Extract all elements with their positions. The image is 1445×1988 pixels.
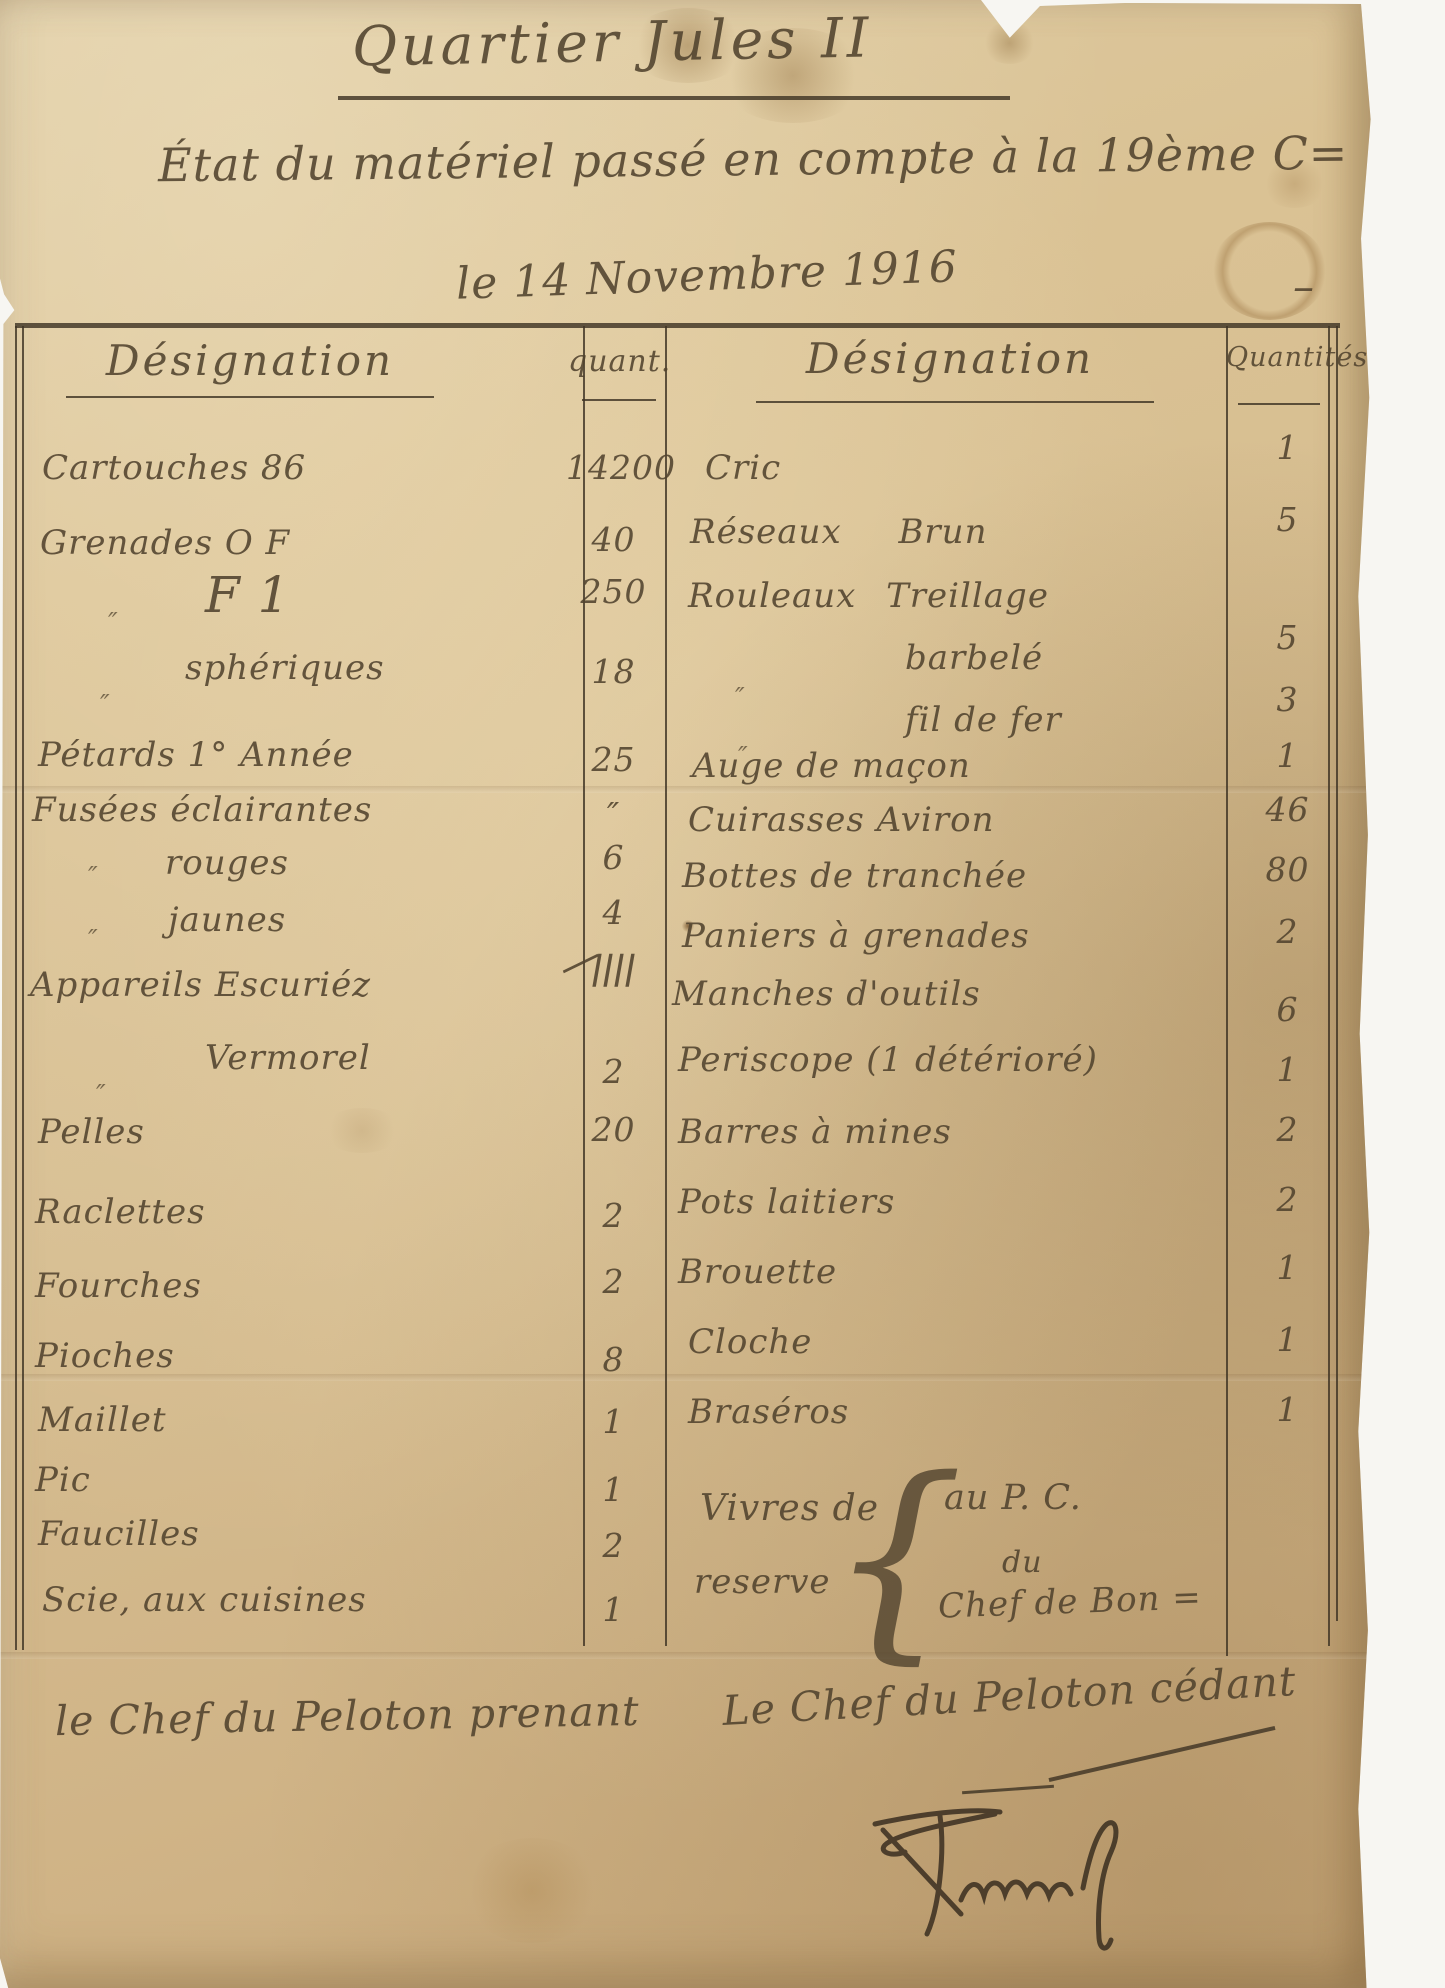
item-label: Fusées éclairantes [32, 790, 372, 830]
header-underline [582, 399, 656, 401]
item-qty: 1 [566, 1402, 661, 1441]
table-line-quant-right [665, 326, 667, 1646]
item-label: Barres à mines [678, 1112, 952, 1152]
margin-dash: – [1293, 262, 1315, 311]
item-qty: 2 [1240, 1110, 1335, 1149]
footer-left-signature-line: le Chef du Peloton prenant [55, 1687, 640, 1745]
table-line-quantites-left [1226, 326, 1228, 1656]
vivres-label-line2: reserve [694, 1562, 831, 1602]
header-underline [66, 396, 434, 398]
item-qty: 5 [1240, 500, 1335, 539]
item-label: rouges [165, 843, 289, 883]
tally-mark: |||| [563, 948, 665, 987]
item-qty: 3 [1240, 680, 1335, 719]
item-qty: 18 [566, 652, 661, 691]
table-header-quant: quant. [568, 344, 663, 379]
ditto-mark: ″ [108, 608, 119, 638]
item-qty: 1 [1240, 428, 1335, 467]
item-qty: 1 [566, 1590, 661, 1629]
item-label: Auge de maçon [692, 746, 971, 786]
ditto-mark: ″ [735, 683, 746, 713]
table-border-right-outer [1336, 326, 1338, 1621]
page-title: Quartier Jules II [351, 5, 872, 78]
item-label: Cuirasses Aviron [688, 800, 994, 840]
table-border-left-inner [22, 326, 24, 1650]
table-border-left [15, 326, 17, 1650]
item-label: Pétards 1° Année [38, 735, 354, 775]
document-subtitle: État du matériel passé en compte à la 19… [158, 126, 1349, 192]
item-label: Manches d'outils [672, 974, 981, 1014]
item-label: Periscope (1 détérioré) [678, 1040, 1098, 1080]
item-qty: 250 [566, 572, 661, 611]
item-label: Appareils Escuriéz [30, 965, 371, 1005]
item-qty: 80 [1240, 850, 1335, 889]
item-qty: 1 [1240, 1248, 1335, 1287]
item-label: Maillet [38, 1400, 167, 1440]
item-label: Scie, aux cuisines [42, 1580, 367, 1620]
paper-sheet: Quartier Jules II État du matériel passé… [0, 0, 1372, 1988]
fold-crease [0, 1374, 1372, 1381]
item-qty: 1 [1240, 1320, 1335, 1359]
item-qty: 40 [566, 520, 661, 559]
stain [322, 1108, 402, 1153]
table-border-top [15, 323, 1340, 328]
item-label: Faucilles [38, 1514, 200, 1554]
item-qty: 1 [1240, 736, 1335, 775]
item-qty: 25 [566, 740, 661, 779]
vivres-detail-pc: au P. C. [944, 1478, 1082, 1518]
item-qty: 14200 [566, 448, 661, 487]
item-label: Raclettes [35, 1192, 206, 1232]
item-label: Fourches [35, 1266, 202, 1306]
table-header-quantites: Quantités [1226, 342, 1334, 373]
item-label: Cloche [688, 1322, 812, 1362]
ditto-mark: ″ [96, 1080, 107, 1110]
item-label: Pelles [38, 1112, 145, 1152]
item-label: Bottes de tranchée [682, 856, 1027, 896]
table-header-designation-left: Désignation [60, 336, 440, 385]
item-qty: 2 [566, 1196, 661, 1235]
item-qty: 4 [566, 893, 661, 932]
vivres-detail-chef: Chef de Bon = [937, 1577, 1202, 1626]
item-label: Paniers à grenades [682, 916, 1030, 956]
item-qty: 46 [1240, 790, 1335, 829]
item-qty: 20 [566, 1110, 661, 1149]
fold-crease [0, 1652, 1372, 1659]
item-qty: 6 [1240, 990, 1335, 1029]
stain [462, 1838, 602, 1943]
vivres-brace: { [828, 1432, 966, 1683]
cedant-underline-flourish [1049, 1726, 1276, 1782]
item-qty: 2 [566, 1526, 661, 1565]
item-label: Réseaux Brun [690, 512, 987, 552]
header-underline [1238, 403, 1320, 405]
item-qty: ″ [566, 795, 661, 834]
header-underline [756, 401, 1154, 403]
footer-right-signature-line: Le Chef du Peloton cédant [721, 1657, 1297, 1735]
item-qty: 8 [566, 1340, 661, 1379]
item-qty: 1 [1240, 1390, 1335, 1429]
item-label: Pic [35, 1460, 91, 1500]
title-underline [338, 96, 1010, 100]
item-label: sphériques [185, 648, 385, 688]
scanned-document: Quartier Jules II État du matériel passé… [0, 0, 1445, 1988]
item-qty: 2 [566, 1052, 661, 1091]
item-label: fil de fer [905, 700, 1062, 740]
table-header-designation-right: Désignation [740, 334, 1160, 383]
ditto-mark: ″ [88, 925, 99, 955]
item-label: Cric [705, 448, 781, 488]
item-label: Rouleaux Treillage [688, 576, 1049, 616]
item-qty: 2 [566, 1262, 661, 1301]
item-qty: 5 [1240, 618, 1335, 657]
item-label: Braséros [688, 1392, 849, 1432]
item-label: Cartouches 86 [42, 448, 306, 488]
vivres-detail-du: du [1002, 1545, 1043, 1580]
item-label: barbelé [905, 638, 1043, 678]
document-date: le 14 Novembre 1916 [455, 241, 958, 309]
item-label: Pioches [35, 1336, 175, 1376]
item-label: Pots laitiers [678, 1182, 895, 1222]
item-label: jaunes [168, 900, 286, 940]
item-label: Vermorel [205, 1038, 371, 1078]
signature [845, 1788, 1205, 1958]
item-label: Grenades O F [40, 523, 290, 563]
ditto-mark: ″ [100, 690, 111, 720]
item-label: F 1 [205, 566, 290, 624]
item-label: Brouette [678, 1252, 837, 1292]
item-qty: 6 [566, 838, 661, 877]
item-qty: 2 [1240, 1180, 1335, 1219]
item-qty: 1 [1240, 1050, 1335, 1089]
ditto-mark: ″ [88, 862, 99, 892]
ink-stain [982, 22, 1037, 64]
item-qty: 1 [566, 1470, 661, 1509]
item-qty: 2 [1240, 912, 1335, 951]
